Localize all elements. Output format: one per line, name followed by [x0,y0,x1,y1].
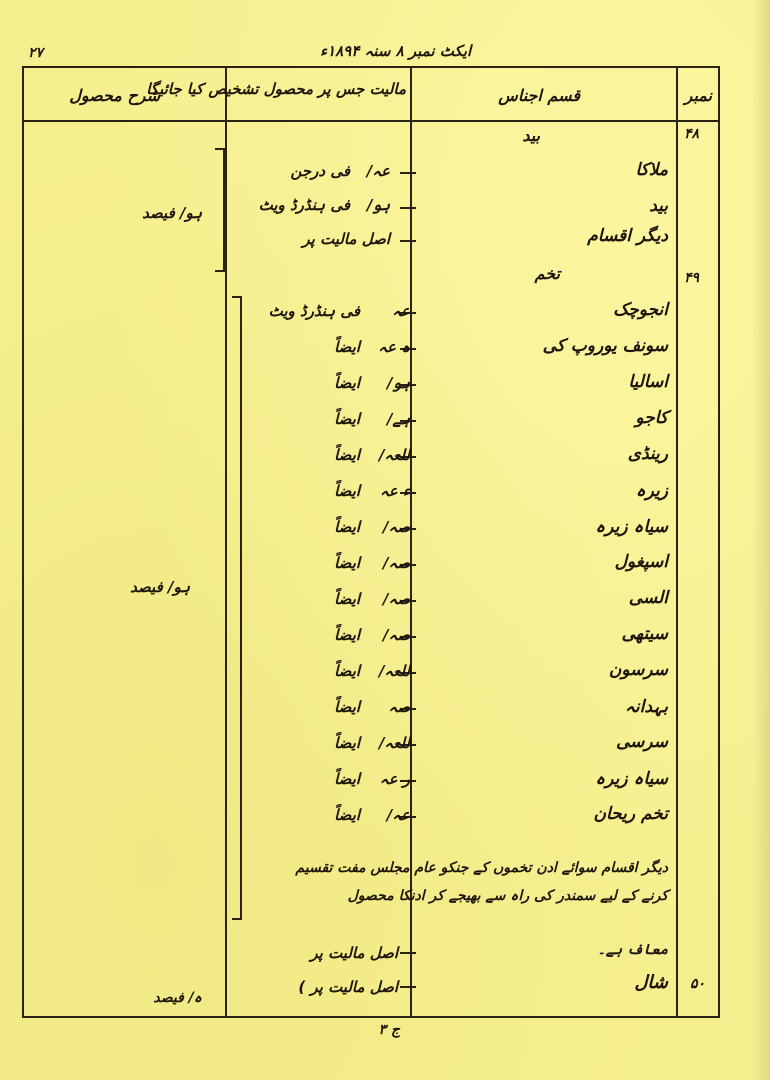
item-rate: صہ/ [383,554,410,572]
rate-row-50: ہ/ فیصد [153,990,202,1006]
item-rate: صہ/ [383,518,410,536]
item-rate: للعہ/ [379,734,410,752]
note-line-1: دیگر اقسام سوائے ادن تخموں کے جنکو عام م… [295,860,668,876]
item-name: رینڈی [628,444,668,464]
item-unit: ایضاً [334,482,360,500]
rate-group-48: ہو/ فیصد [142,204,202,222]
note-line-3: معاف ہے۔ [598,942,669,958]
item-rate: للعہ/ [379,662,410,680]
header-number: نمبر [685,86,712,105]
dash-mark [400,952,416,954]
item-name: اسالیا [628,372,668,392]
item-unit: فی ہنڈرڈ ویٹ [259,196,350,214]
item-unit: ایضاً [334,770,360,788]
item-name: تخم ریحان [593,804,668,824]
footer-mark: ج ۳ [379,1022,400,1038]
item-unit: اصل مالیت پر [310,944,398,962]
item-unit: ایضاً [334,374,360,392]
item-name: بہدانہ [625,696,668,717]
dash-mark [400,172,416,174]
dash-mark [400,207,416,209]
item-rate: ہے/ [387,410,410,428]
item-unit: ایضاً [334,554,360,572]
item-rate: صہ/ [383,626,410,644]
item-rate: ہ عہ [378,338,410,356]
item-unit: اصل مالیت پر ) [298,978,398,996]
item-rate: ر عہ [380,770,410,788]
item-unit: اصل مالیت پر [302,230,390,248]
item-rate: صہ [388,698,410,716]
item-name: کاجو [635,408,668,428]
rate-group-49: ہو/ فیصد [130,578,190,596]
item-name: سیاہ زیرہ [595,516,668,537]
item-name: ملاکا [635,160,668,180]
item-unit: ایضاً [334,626,360,644]
group-brace-48 [215,148,225,272]
item-unit: ایضاً [334,410,360,428]
section-heading-bed: بید [522,126,540,145]
table-bottom-border [22,1016,720,1018]
table-left-border [22,66,24,1018]
page-edge-shadow [752,0,770,1080]
item-unit: ایضاً [334,806,360,824]
item-name: سونف یوروپ کی [543,336,668,356]
item-rate: ہو/ [387,374,410,392]
col-divider-number [676,66,678,1018]
header-rate-of-duty: شرح محصول [69,86,160,105]
item-name: السی [629,588,668,608]
item-rate: عہ/ [367,162,390,180]
item-name: شال [634,972,668,993]
item-name: سیاہ زیرہ [595,768,668,789]
item-name: سیتھی [621,624,668,644]
item-name: زیرہ [636,480,668,501]
header-kind-of-goods: قسم اجناس [498,86,580,105]
item-name: سرسون [609,660,668,680]
item-rate: ہو/ [367,196,390,214]
item-unit: ایضاً [334,590,360,608]
item-unit: ایضاً [334,518,360,536]
item-rate: عہ/ [387,806,410,824]
item-unit: فی درجن [290,162,350,180]
item-unit: ایضاً [334,662,360,680]
dash-mark [400,986,416,988]
item-rate: ء عہ [380,482,410,500]
group-brace-49 [232,296,242,920]
header-bottom-border [22,120,720,122]
row-number-49: ۴۹ [684,270,699,286]
header-valuation: مالیت جس پر محصول تشخیص کیا جائیگا [146,80,406,98]
row-number-50: ۵۰ [690,976,705,992]
item-rate: عہ [392,302,410,320]
item-unit: ایضاً [334,446,360,464]
item-name: اسپغول [615,552,668,572]
item-name: سرسی [616,732,668,752]
page-title: ایکٹ نمبر ۸ سنہ ۱۸۹۴ء [320,42,471,60]
table-top-border [22,66,720,68]
note-line-2: کرنے کے لیے سمندر کی راہ سے بھیجے کر ادن… [348,888,668,904]
item-rate: صہ/ [383,590,410,608]
item-unit: ایضاً [334,338,360,356]
row-number-48: ۴۸ [684,126,699,142]
item-rate: للعہ/ [379,446,410,464]
item-unit: ایضاً [334,734,360,752]
item-unit: ایضاً [334,698,360,716]
dash-mark [400,240,416,242]
item-unit: فی ہنڈرڈ ویٹ [269,302,360,320]
page-number: ۲۷ [28,45,43,61]
table-right-border [718,66,720,1018]
item-name: انجوچک [613,300,668,320]
section-heading-tukhm: تخم [535,264,560,283]
item-name: دیگر اقسام [587,226,668,246]
col-divider-rate [225,66,227,1018]
item-name: بید [649,196,668,216]
